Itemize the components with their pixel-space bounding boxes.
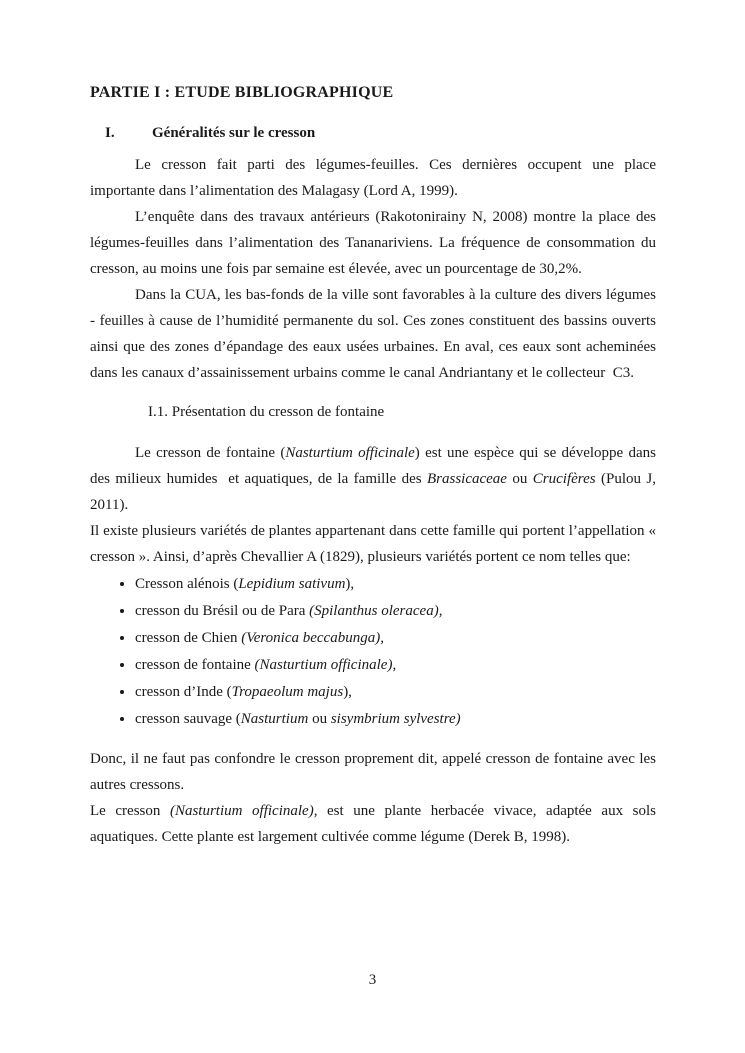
section-heading: I. Généralités sur le cresson [90, 120, 656, 146]
paragraph-intro: Le cresson fait parti des légumes-feuill… [90, 152, 656, 204]
list-item: Cresson alénois (Lepidium sativum), [135, 571, 656, 598]
variety-list: Cresson alénois (Lepidium sativum), cres… [90, 571, 656, 733]
paragraph-varieties-intro: Il existe plusieurs variétés de plantes … [90, 518, 656, 570]
paragraph-conclusion: Donc, il ne faut pas confondre le cresso… [90, 746, 656, 798]
paragraph-cua: Dans la CUA, les bas-fonds de la ville s… [90, 282, 656, 386]
document-page: PARTIE I : ETUDE BIBLIOGRAPHIQUE I. Géné… [0, 0, 745, 1053]
part-title: PARTIE I : ETUDE BIBLIOGRAPHIQUE [90, 80, 656, 106]
paragraph-description: Le cresson (Nasturtium officinale), est … [90, 798, 656, 850]
paragraph-presentation: Le cresson de fontaine (Nasturtium offic… [90, 440, 656, 518]
list-item: cresson sauvage (Nasturtium ou sisymbriu… [135, 706, 656, 733]
list-item: cresson de Chien (Veronica beccabunga), [135, 625, 656, 652]
subsection-heading: I.1. Présentation du cresson de fontaine [90, 399, 656, 425]
page-content: PARTIE I : ETUDE BIBLIOGRAPHIQUE I. Géné… [90, 80, 656, 850]
list-item: cresson d’Inde (Tropaeolum majus), [135, 679, 656, 706]
page-number: 3 [0, 967, 745, 993]
list-item: cresson de fontaine (Nasturtium officina… [135, 652, 656, 679]
list-item: cresson du Brésil ou de Para (Spilanthus… [135, 598, 656, 625]
section-title: Généralités sur le cresson [152, 120, 315, 146]
paragraph-survey: L’enquête dans des travaux antérieurs (R… [90, 204, 656, 282]
section-numeral: I. [105, 120, 152, 146]
